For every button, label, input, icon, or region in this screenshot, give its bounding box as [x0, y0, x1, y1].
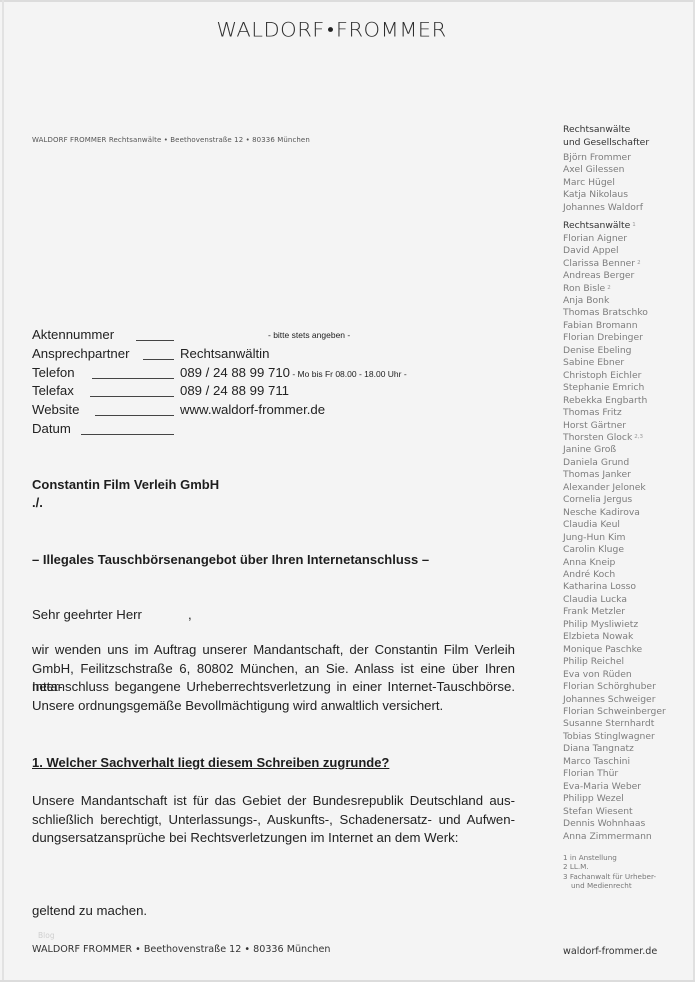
partners-heading: Rechtsanwälte und Gesellschafter	[563, 124, 693, 149]
associate-name: Florian Thür	[563, 768, 618, 779]
ansprechpartner-value: Rechtsanwältin	[180, 345, 269, 364]
associate-entry: Monique Paschke	[563, 644, 693, 656]
associate-name: Carolin Kluge	[563, 544, 624, 555]
associate-name: Marco Taschini	[563, 756, 630, 767]
associates-heading: Rechtsanwälte1	[563, 220, 693, 233]
associate-entry: Daniela Grund	[563, 457, 693, 469]
recipient-name: Constantin Film Verleih GmbH	[32, 476, 219, 494]
sender-return-address: WALDORF FROMMER Rechtsanwälte • Beethove…	[32, 136, 310, 144]
associate-name: Stephanie Emrich	[563, 382, 644, 393]
associate-entry: Katharina Losso	[563, 581, 693, 593]
associate-entry: Alexander Jelonek	[563, 482, 693, 494]
associate-name: Jung-Hun Kim	[563, 532, 626, 543]
blank-line	[95, 415, 174, 416]
associate-name: David Appel	[563, 245, 619, 256]
blank-line	[81, 434, 174, 435]
associate-entry: Clarissa Benner2	[563, 258, 693, 270]
associate-name: Anna Kneip	[563, 557, 615, 568]
associate-entry: Florian Drebinger	[563, 332, 693, 344]
associate-entry: Florian Thür	[563, 768, 693, 780]
blank-line	[136, 340, 174, 341]
associates-list: Florian AignerDavid AppelClarissa Benner…	[563, 233, 693, 843]
closing-line: geltend zu machen.	[32, 903, 147, 918]
body-paragraph-2: Unsere Mandantschaft ist für das Gebiet …	[32, 792, 515, 848]
associate-entry: Diana Tangnatz	[563, 743, 693, 755]
recipient-abbrev: ./.	[32, 494, 219, 512]
footnote-marker: 2,3	[634, 434, 643, 440]
associate-name: Claudia Keul	[563, 519, 620, 530]
associate-name: Philipp Wezel	[563, 793, 624, 804]
datum-label: Datum	[32, 420, 71, 439]
associate-name: Florian Schweinberger	[563, 706, 666, 717]
paragraph-line: Unsere ordnungsgemäße Bevollmächtigung w…	[32, 697, 515, 716]
salutation-text: Sehr geehrter Herr	[32, 607, 142, 622]
associate-name: Thomas Fritz	[563, 407, 622, 418]
associate-entry: Sabine Ebner	[563, 357, 693, 369]
associate-entry: Stefan Wiesent	[563, 806, 693, 818]
partners-heading-line: Rechtsanwälte	[563, 124, 693, 137]
associate-entry: Tobias Stinglwagner	[563, 731, 693, 743]
footnote: 2 LL.M.	[563, 862, 693, 872]
associate-name: Stefan Wiesent	[563, 806, 633, 817]
footnote-marker: 1	[632, 222, 636, 228]
paragraph-line: schließlich berechtigt, Unterlassungs-, …	[32, 811, 515, 830]
associate-name: Rebekka Engbarth	[563, 395, 647, 406]
associate-entry: Denise Ebeling	[563, 345, 693, 357]
associate-entry: Florian Aigner	[563, 233, 693, 245]
associate-name: Daniela Grund	[563, 457, 629, 468]
associate-name: Anja Bonk	[563, 295, 609, 306]
blank-line	[143, 359, 174, 360]
associate-entry: Nesche Kadirova	[563, 507, 693, 519]
associate-entry: Anja Bonk	[563, 295, 693, 307]
associate-name: Susanne Sternhardt	[563, 718, 654, 729]
associate-name: Claudia Lucka	[563, 594, 627, 605]
associate-entry: Ron Bisle2	[563, 283, 693, 295]
associate-name: Monique Paschke	[563, 644, 642, 655]
subject-line: – Illegales Tauschbörsenangebot über Ihr…	[32, 552, 429, 567]
associate-name: Anna Zimmermann	[563, 831, 652, 842]
blank-line	[90, 396, 174, 397]
logo-word-right: FROMMER	[336, 19, 447, 42]
associate-entry: Fabian Bromann	[563, 320, 693, 332]
associate-name: Eva-Maria Weber	[563, 781, 641, 792]
associate-entry: Elzbieta Nowak	[563, 631, 693, 643]
associate-entry: Horst Gärtner	[563, 420, 693, 432]
partner-name: Katja Nikolaus	[563, 189, 693, 201]
associate-name: Thorsten Glock	[563, 432, 632, 443]
aktennummer-hint: - bitte stets angeben -	[268, 326, 350, 345]
associate-name: Diana Tangnatz	[563, 743, 634, 754]
associate-name: Cornelia Jergus	[563, 494, 632, 505]
logo-dot-icon	[328, 27, 333, 32]
associate-entry: Claudia Keul	[563, 519, 693, 531]
associate-entry: Philipp Wezel	[563, 793, 693, 805]
partner-name: Johannes Waldorf	[563, 202, 693, 214]
footnote: 3 Fachanwalt für Urheber-	[563, 872, 693, 882]
associate-entry: Frank Metzler	[563, 606, 693, 618]
associate-name: Denise Ebeling	[563, 345, 632, 356]
telefax-label: Telefax	[32, 382, 74, 401]
paragraph-line: netanschluss begangene Urheberrechtsverl…	[32, 678, 515, 697]
partner-name: Marc Hügel	[563, 177, 693, 189]
partners-heading-line: und Gesellschafter	[563, 137, 693, 150]
telefon-value: 089 / 24 88 99 710 - Mo bis Fr 08.00 - 1…	[180, 364, 407, 384]
associate-name: Thomas Bratschko	[563, 307, 648, 318]
associate-name: Ron Bisle	[563, 283, 605, 294]
associate-entry: Thomas Janker	[563, 469, 693, 481]
paragraph-line: Unsere Mandantschaft ist für das Gebiet …	[32, 792, 515, 811]
footnote-marker: 2	[607, 285, 611, 291]
associate-name: Dennis Wohnhaas	[563, 818, 645, 829]
associate-name: Clarissa Benner	[563, 258, 635, 269]
associates-heading-text: Rechtsanwälte	[563, 220, 630, 231]
footnote-marker: 2	[637, 260, 641, 266]
firm-sidebar: Rechtsanwälte und Gesellschafter Björn F…	[563, 124, 693, 891]
salutation: Sehr geehrter Herr ,	[32, 607, 142, 622]
associate-name: Christoph Eichler	[563, 370, 641, 381]
associate-name: Johannes Schweiger	[563, 694, 655, 705]
associate-name: Eva von Rüden	[563, 669, 632, 680]
associate-name: Florian Drebinger	[563, 332, 643, 343]
associate-entry: Dennis Wohnhaas	[563, 818, 693, 830]
associate-entry: Thomas Fritz	[563, 407, 693, 419]
associate-name: Elzbieta Nowak	[563, 631, 633, 642]
associate-entry: Cornelia Jergus	[563, 494, 693, 506]
associate-entry: Florian Schweinberger	[563, 706, 693, 718]
associate-entry: Anna Kneip	[563, 557, 693, 569]
associate-entry: Philip Mysliwietz	[563, 619, 693, 631]
associate-name: Janine Groß	[563, 444, 616, 455]
salutation-comma: ,	[188, 607, 192, 622]
associate-entry: Janine Groß	[563, 444, 693, 456]
associate-entry: Thomas Bratschko	[563, 307, 693, 319]
associate-name: Katharina Losso	[563, 581, 636, 592]
associate-name: Sabine Ebner	[563, 357, 624, 368]
logo-word-left: WALDORF	[216, 19, 325, 42]
recipient-block: Constantin Film Verleih GmbH ./.	[32, 476, 219, 512]
aktennummer-label: Aktennummer	[32, 326, 114, 345]
associate-entry: Thorsten Glock2,3	[563, 432, 693, 444]
associate-name: Andreas Berger	[563, 270, 634, 281]
associate-entry: Jung-Hun Kim	[563, 532, 693, 544]
associate-entry: Claudia Lucka	[563, 594, 693, 606]
associate-name: Florian Aigner	[563, 233, 627, 244]
body-paragraph-1: wir wenden uns im Auftrag unserer Mandan…	[32, 641, 515, 715]
website-label: Website	[32, 401, 79, 420]
footnotes: 1 in Anstellung2 LL.M.3 Fachanwalt für U…	[563, 853, 693, 891]
associate-entry: Johannes Schweiger	[563, 694, 693, 706]
paragraph-line: dungsersatzansprüche bei Rechtsverletzun…	[32, 829, 515, 848]
partner-name: Axel Gilessen	[563, 164, 693, 176]
associate-name: Philip Reichel	[563, 656, 624, 667]
associate-name: Frank Metzler	[563, 606, 625, 617]
associate-name: Tobias Stinglwagner	[563, 731, 655, 742]
associate-name: Horst Gärtner	[563, 420, 626, 431]
associate-name: Alexander Jelonek	[563, 482, 646, 493]
ansprechpartner-label: Ansprechpartner	[32, 345, 130, 364]
associate-entry: Stephanie Emrich	[563, 382, 693, 394]
associate-entry: Philip Reichel	[563, 656, 693, 668]
footer-address: WALDORF FROMMER • Beethovenstraße 12 • 8…	[32, 944, 330, 955]
associate-entry: André Koch	[563, 569, 693, 581]
associate-entry: Eva-Maria Weber	[563, 781, 693, 793]
associate-name: Thomas Janker	[563, 469, 631, 480]
partner-name: Björn Frommer	[563, 152, 693, 164]
phone-number: 089 / 24 88 99 710	[180, 365, 290, 380]
associate-name: Fabian Bromann	[563, 320, 638, 331]
associate-entry: Susanne Sternhardt	[563, 718, 693, 730]
associate-entry: Christoph Eichler	[563, 370, 693, 382]
associate-entry: Rebekka Engbarth	[563, 395, 693, 407]
telefon-label: Telefon	[32, 364, 75, 383]
footnote: und Medienrecht	[563, 881, 693, 891]
associate-name: Philip Mysliwietz	[563, 619, 638, 630]
page-edge	[2, 0, 4, 982]
associate-entry: Florian Schörghuber	[563, 681, 693, 693]
watermark: Blog	[38, 931, 55, 940]
associate-entry: Anna Zimmermann	[563, 831, 693, 843]
section-heading-1: 1. Welcher Sachverhalt liegt diesem Schr…	[32, 755, 389, 770]
partners-list: Björn FrommerAxel GilessenMarc HügelKatj…	[563, 152, 693, 214]
associate-entry: Andreas Berger	[563, 270, 693, 282]
website-value: www.waldorf-frommer.de	[180, 401, 325, 420]
footer-website-link[interactable]: waldorf-frommer.de	[563, 946, 657, 957]
associate-name: Florian Schörghuber	[563, 681, 656, 692]
footnote: 1 in Anstellung	[563, 853, 693, 863]
firm-logo: WALDORFFROMMER	[0, 19, 663, 42]
associate-name: Nesche Kadirova	[563, 507, 640, 518]
associate-entry: Eva von Rüden	[563, 669, 693, 681]
associate-name: André Koch	[563, 569, 615, 580]
paragraph-line: wir wenden uns im Auftrag unserer Mandan…	[32, 641, 515, 660]
associate-entry: Marco Taschini	[563, 756, 693, 768]
associate-entry: Carolin Kluge	[563, 544, 693, 556]
paragraph-line: GmbH, Feilitzschstraße 6, 80802 München,…	[32, 660, 515, 679]
blank-line	[92, 378, 174, 379]
telefax-value: 089 / 24 88 99 711	[180, 382, 289, 401]
page-edge	[0, 0, 695, 2]
associate-entry: David Appel	[563, 245, 693, 257]
office-hours: - Mo bis Fr 08.00 - 18.00 Uhr -	[290, 369, 407, 379]
